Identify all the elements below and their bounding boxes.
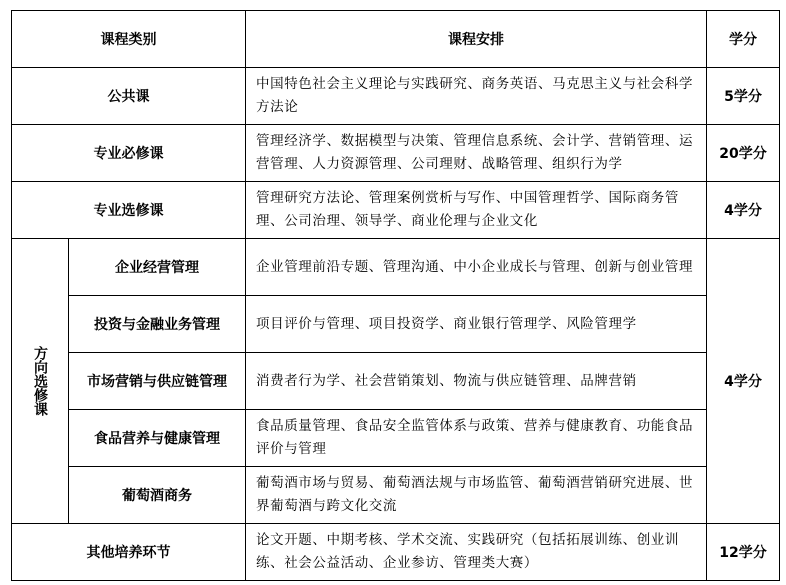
arrangement-cell: 葡萄酒市场与贸易、葡萄酒法规与市场监管、葡萄酒营销研究进展、世界葡萄酒与跨文化交… — [246, 467, 707, 524]
header-credits: 学分 — [707, 11, 780, 68]
track-name-cell: 企业经营管理 — [69, 239, 246, 296]
track-name-cell: 食品营养与健康管理 — [69, 410, 246, 467]
table-row: 市场营销与供应链管理 消费者行为学、社会营销策划、物流与供应链管理、品牌营销 — [12, 353, 780, 410]
table-row: 其他培养环节 论文开题、中期考核、学术交流、实践研究（包括拓展训练、创业训练、社… — [12, 524, 780, 581]
header-category: 课程类别 — [12, 11, 246, 68]
arrangement-cell: 企业管理前沿专题、管理沟通、中小企业成长与管理、创新与创业管理 — [246, 239, 707, 296]
arrangement-cell: 中国特色社会主义理论与实践研究、商务英语、马克思主义与社会科学方法论 — [246, 68, 707, 125]
direction-electives-label: 方向选修课 — [33, 346, 47, 416]
credits-cell: 4学分 — [707, 239, 780, 524]
arrangement-cell: 消费者行为学、社会营销策划、物流与供应链管理、品牌营销 — [246, 353, 707, 410]
table-row: 食品营养与健康管理 食品质量管理、食品安全监管体系与政策、营养与健康教育、功能食… — [12, 410, 780, 467]
category-cell: 专业选修课 — [12, 182, 246, 239]
table-row: 投资与金融业务管理 项目评价与管理、项目投资学、商业银行管理学、风险管理学 — [12, 296, 780, 353]
category-cell: 公共课 — [12, 68, 246, 125]
table-row: 方向选修课 企业经营管理 企业管理前沿专题、管理沟通、中小企业成长与管理、创新与… — [12, 239, 780, 296]
table-row: 葡萄酒商务 葡萄酒市场与贸易、葡萄酒法规与市场监管、葡萄酒营销研究进展、世界葡萄… — [12, 467, 780, 524]
direction-electives-cell: 方向选修课 — [12, 239, 69, 524]
table-row: 公共课 中国特色社会主义理论与实践研究、商务英语、马克思主义与社会科学方法论 5… — [12, 68, 780, 125]
credits-cell: 12学分 — [707, 524, 780, 581]
curriculum-table: 课程类别 课程安排 学分 公共课 中国特色社会主义理论与实践研究、商务英语、马克… — [11, 10, 780, 581]
credits-cell: 20学分 — [707, 125, 780, 182]
header-row: 课程类别 课程安排 学分 — [12, 11, 780, 68]
arrangement-cell: 项目评价与管理、项目投资学、商业银行管理学、风险管理学 — [246, 296, 707, 353]
header-arrangement: 课程安排 — [246, 11, 707, 68]
arrangement-cell: 管理经济学、数据模型与决策、管理信息系统、会计学、营销管理、运营管理、人力资源管… — [246, 125, 707, 182]
credits-cell: 5学分 — [707, 68, 780, 125]
arrangement-cell: 食品质量管理、食品安全监管体系与政策、营养与健康教育、功能食品评价与管理 — [246, 410, 707, 467]
category-cell: 专业必修课 — [12, 125, 246, 182]
track-name-cell: 投资与金融业务管理 — [69, 296, 246, 353]
table-row: 专业选修课 管理研究方法论、管理案例赏析与写作、中国管理哲学、国际商务管理、公司… — [12, 182, 780, 239]
track-name-cell: 葡萄酒商务 — [69, 467, 246, 524]
category-cell: 其他培养环节 — [12, 524, 246, 581]
arrangement-cell: 管理研究方法论、管理案例赏析与写作、中国管理哲学、国际商务管理、公司治理、领导学… — [246, 182, 707, 239]
table-row: 专业必修课 管理经济学、数据模型与决策、管理信息系统、会计学、营销管理、运营管理… — [12, 125, 780, 182]
arrangement-cell: 论文开题、中期考核、学术交流、实践研究（包括拓展训练、创业训练、社会公益活动、企… — [246, 524, 707, 581]
track-name-cell: 市场营销与供应链管理 — [69, 353, 246, 410]
credits-cell: 4学分 — [707, 182, 780, 239]
